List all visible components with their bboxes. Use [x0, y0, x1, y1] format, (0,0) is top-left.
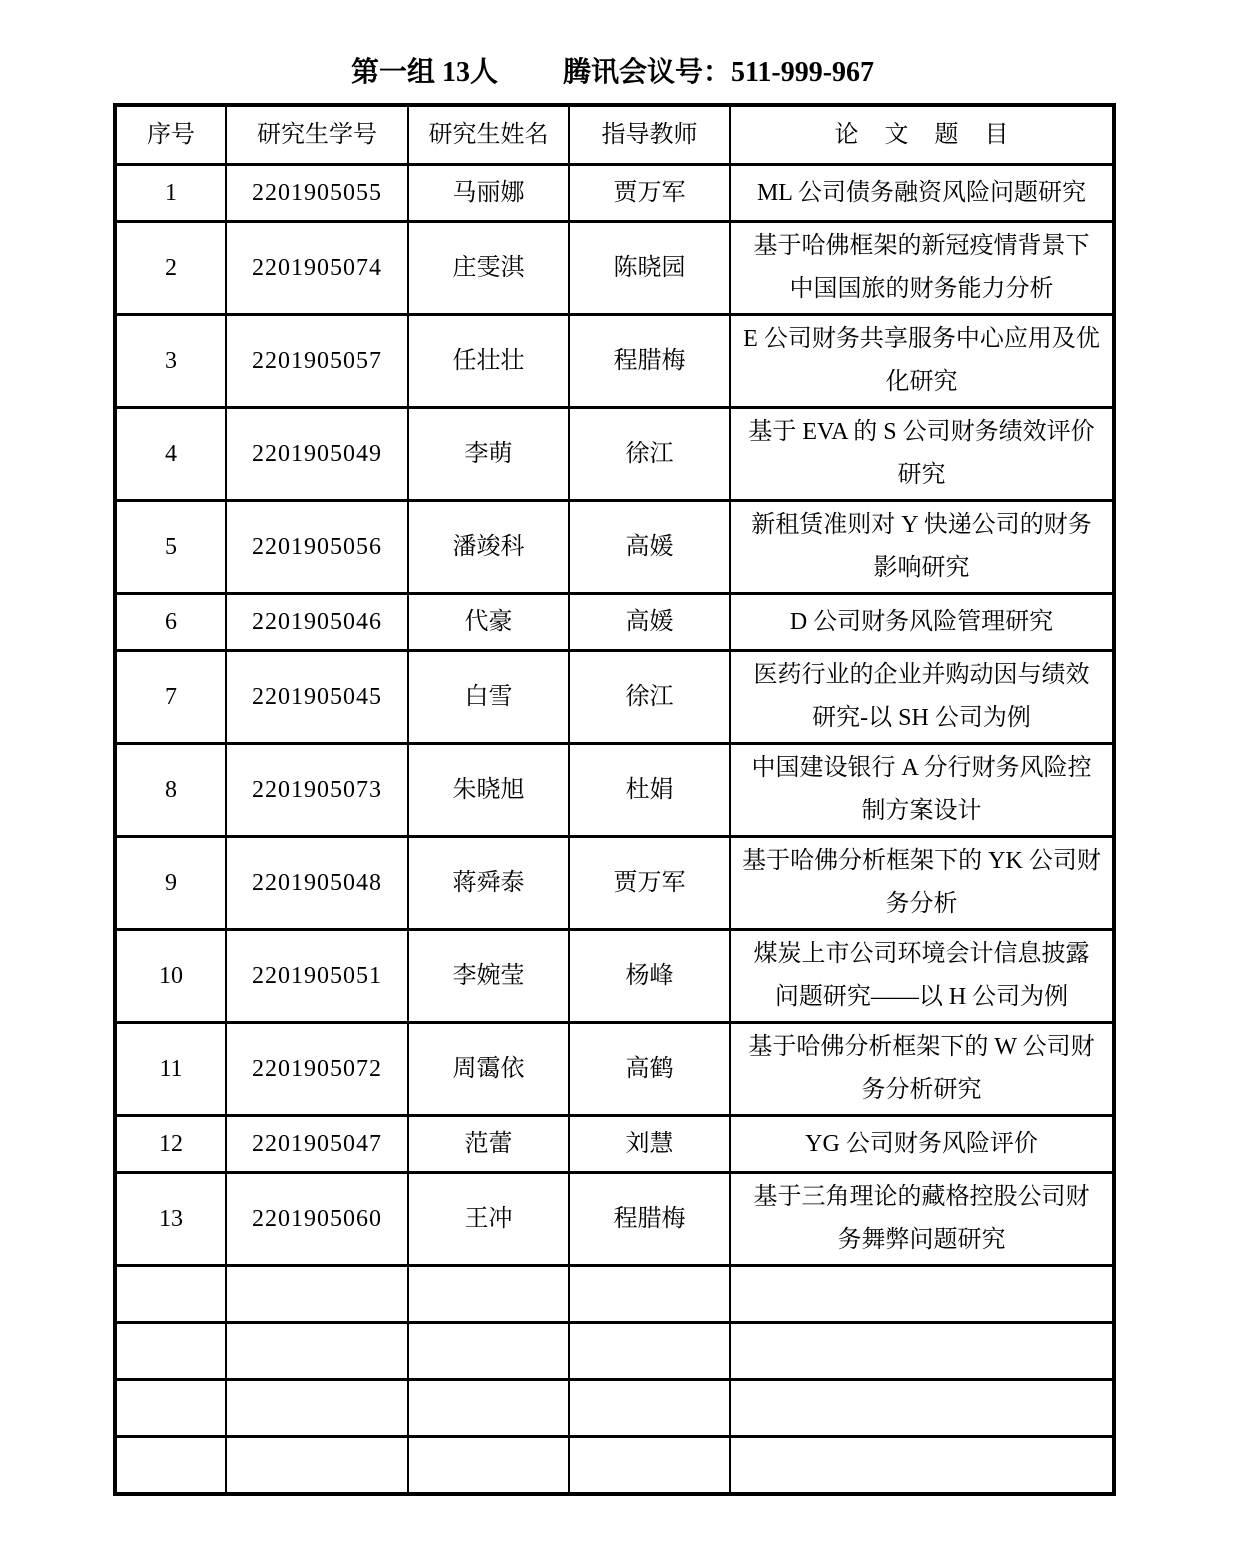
cell-thesis-title: E 公司财务共享服务中心应用及优 化研究	[730, 315, 1114, 408]
col-header-no: 序号	[115, 105, 226, 165]
table-row: 122201905047范蕾刘慧YG 公司财务风险评价	[115, 1116, 1114, 1173]
cell-no: 1	[115, 165, 226, 222]
empty-cell	[408, 1323, 569, 1380]
cell-advisor: 高媛	[569, 501, 730, 594]
cell-thesis-title: 基于三角理论的藏格控股公司财 务舞弊问题研究	[730, 1173, 1114, 1266]
table-row: 42201905049李萌徐江基于 EVA 的 S 公司财务绩效评价 研究	[115, 408, 1114, 501]
table-row: 72201905045白雪徐江医药行业的企业并购动因与绩效 研究-以 SH 公司…	[115, 651, 1114, 744]
table-row: 112201905072周霭依高鹤基于哈佛分析框架下的 W 公司财 务分析研究	[115, 1023, 1114, 1116]
document-page: 第一组 13人腾讯会议号：511-999-967 序号 研究生学号 研究生姓名 …	[0, 0, 1239, 1548]
cell-thesis-title: 新租赁准则对 Y 快递公司的财务 影响研究	[730, 501, 1114, 594]
table-row: 92201905048蒋舜泰贾万军基于哈佛分析框架下的 YK 公司财 务分析	[115, 837, 1114, 930]
cell-student-name: 王冲	[408, 1173, 569, 1266]
table-row: 12201905055马丽娜贾万军ML 公司债务融资风险问题研究	[115, 165, 1114, 222]
cell-advisor: 徐江	[569, 651, 730, 744]
empty-cell	[115, 1437, 226, 1495]
cell-advisor: 程腊梅	[569, 1173, 730, 1266]
cell-student-name: 李婉莹	[408, 930, 569, 1023]
cell-student-name: 代豪	[408, 594, 569, 651]
cell-student-name: 周霭依	[408, 1023, 569, 1116]
cell-no: 9	[115, 837, 226, 930]
cell-thesis-title: 基于哈佛框架的新冠疫情背景下 中国国旅的财务能力分析	[730, 222, 1114, 315]
cell-student-id: 2201905072	[226, 1023, 408, 1116]
col-header-thesis-title: 论 文 题 目	[730, 105, 1114, 165]
header-row: 序号 研究生学号 研究生姓名 指导教师 论 文 题 目	[115, 105, 1114, 165]
cell-advisor: 陈晓园	[569, 222, 730, 315]
cell-student-name: 蒋舜泰	[408, 837, 569, 930]
cell-advisor: 高鹤	[569, 1023, 730, 1116]
empty-row	[115, 1266, 1114, 1323]
cell-no: 2	[115, 222, 226, 315]
empty-cell	[569, 1437, 730, 1495]
cell-student-name: 白雪	[408, 651, 569, 744]
cell-student-id: 2201905055	[226, 165, 408, 222]
empty-cell	[730, 1380, 1114, 1437]
empty-cell	[569, 1266, 730, 1323]
table-row: 62201905046代豪高媛D 公司财务风险管理研究	[115, 594, 1114, 651]
cell-no: 3	[115, 315, 226, 408]
empty-cell	[730, 1266, 1114, 1323]
empty-row	[115, 1437, 1114, 1495]
cell-no: 13	[115, 1173, 226, 1266]
cell-student-id: 2201905074	[226, 222, 408, 315]
cell-no: 6	[115, 594, 226, 651]
empty-cell	[226, 1266, 408, 1323]
cell-thesis-title: ML 公司债务融资风险问题研究	[730, 165, 1114, 222]
empty-cell	[226, 1380, 408, 1437]
cell-no: 4	[115, 408, 226, 501]
table-row: 82201905073朱晓旭杜娟中国建设银行 A 分行财务风险控 制方案设计	[115, 744, 1114, 837]
cell-student-id: 2201905060	[226, 1173, 408, 1266]
cell-advisor: 高媛	[569, 594, 730, 651]
cell-thesis-title: 基于哈佛分析框架下的 W 公司财 务分析研究	[730, 1023, 1114, 1116]
cell-student-name: 马丽娜	[408, 165, 569, 222]
cell-advisor: 杨峰	[569, 930, 730, 1023]
cell-student-name: 李萌	[408, 408, 569, 501]
empty-cell	[408, 1437, 569, 1495]
empty-cell	[408, 1266, 569, 1323]
empty-cell	[730, 1437, 1114, 1495]
cell-student-id: 2201905049	[226, 408, 408, 501]
cell-advisor: 贾万军	[569, 165, 730, 222]
cell-student-name: 范蕾	[408, 1116, 569, 1173]
page-title: 第一组 13人腾讯会议号：511-999-967	[113, 56, 1112, 90]
empty-cell	[730, 1323, 1114, 1380]
cell-no: 12	[115, 1116, 226, 1173]
cell-no: 11	[115, 1023, 226, 1116]
table-row: 22201905074庄雯淇陈晓园基于哈佛框架的新冠疫情背景下 中国国旅的财务能…	[115, 222, 1114, 315]
cell-student-id: 2201905045	[226, 651, 408, 744]
cell-student-id: 2201905056	[226, 501, 408, 594]
cell-student-name: 朱晓旭	[408, 744, 569, 837]
group-title: 第一组 13人	[351, 57, 498, 88]
empty-cell	[115, 1266, 226, 1323]
col-header-student-name: 研究生姓名	[408, 105, 569, 165]
cell-advisor: 徐江	[569, 408, 730, 501]
cell-advisor: 杜娟	[569, 744, 730, 837]
cell-student-id: 2201905051	[226, 930, 408, 1023]
cell-advisor: 贾万军	[569, 837, 730, 930]
table-header: 序号 研究生学号 研究生姓名 指导教师 论 文 题 目	[115, 105, 1114, 165]
col-header-student-id: 研究生学号	[226, 105, 408, 165]
cell-thesis-title: 中国建设银行 A 分行财务风险控 制方案设计	[730, 744, 1114, 837]
assignment-table: 序号 研究生学号 研究生姓名 指导教师 论 文 题 目 12201905055马…	[113, 103, 1116, 1496]
table-row: 102201905051李婉莹杨峰煤炭上市公司环境会计信息披露 问题研究——以 …	[115, 930, 1114, 1023]
cell-student-id: 2201905073	[226, 744, 408, 837]
empty-cell	[569, 1323, 730, 1380]
meeting-number: 腾讯会议号：511-999-967	[563, 57, 874, 88]
cell-student-id: 2201905057	[226, 315, 408, 408]
empty-cell	[569, 1380, 730, 1437]
cell-no: 10	[115, 930, 226, 1023]
cell-student-name: 庄雯淇	[408, 222, 569, 315]
cell-thesis-title: 基于 EVA 的 S 公司财务绩效评价 研究	[730, 408, 1114, 501]
cell-student-id: 2201905046	[226, 594, 408, 651]
table-body: 12201905055马丽娜贾万军ML 公司债务融资风险问题研究22201905…	[115, 165, 1114, 1495]
empty-cell	[115, 1380, 226, 1437]
cell-thesis-title: 煤炭上市公司环境会计信息披露 问题研究——以 H 公司为例	[730, 930, 1114, 1023]
table-row: 132201905060王冲程腊梅基于三角理论的藏格控股公司财 务舞弊问题研究	[115, 1173, 1114, 1266]
cell-thesis-title: 基于哈佛分析框架下的 YK 公司财 务分析	[730, 837, 1114, 930]
cell-student-id: 2201905048	[226, 837, 408, 930]
cell-advisor: 程腊梅	[569, 315, 730, 408]
cell-thesis-title: 医药行业的企业并购动因与绩效 研究-以 SH 公司为例	[730, 651, 1114, 744]
cell-no: 8	[115, 744, 226, 837]
cell-thesis-title: YG 公司财务风险评价	[730, 1116, 1114, 1173]
empty-row	[115, 1323, 1114, 1380]
empty-cell	[226, 1323, 408, 1380]
col-header-advisor: 指导教师	[569, 105, 730, 165]
cell-thesis-title: D 公司财务风险管理研究	[730, 594, 1114, 651]
empty-cell	[408, 1380, 569, 1437]
empty-cell	[226, 1437, 408, 1495]
empty-cell	[115, 1323, 226, 1380]
empty-row	[115, 1380, 1114, 1437]
table-row: 32201905057任壮壮程腊梅E 公司财务共享服务中心应用及优 化研究	[115, 315, 1114, 408]
cell-advisor: 刘慧	[569, 1116, 730, 1173]
table-row: 52201905056潘竣科高媛新租赁准则对 Y 快递公司的财务 影响研究	[115, 501, 1114, 594]
cell-student-id: 2201905047	[226, 1116, 408, 1173]
cell-student-name: 潘竣科	[408, 501, 569, 594]
cell-no: 5	[115, 501, 226, 594]
cell-student-name: 任壮壮	[408, 315, 569, 408]
cell-no: 7	[115, 651, 226, 744]
